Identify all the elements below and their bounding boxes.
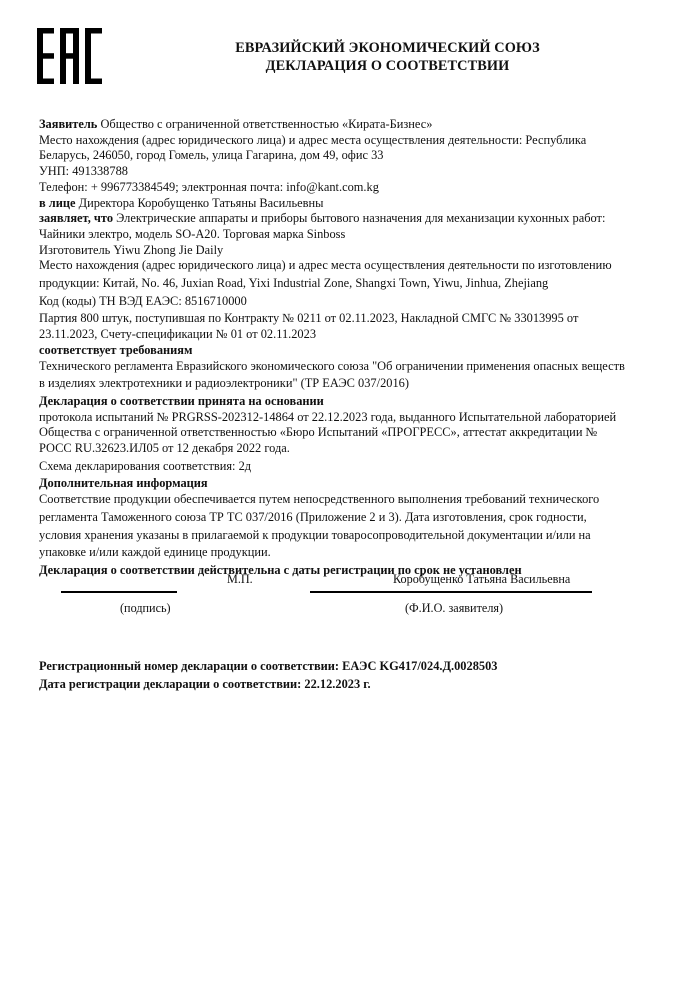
regulation-line-2: в изделиях электротехники и радиоэлектро…: [39, 376, 679, 392]
additional-line-1: Соответствие продукции обеспечивается пу…: [39, 492, 679, 508]
mfr-address-1: Место нахождения (адрес юридического лиц…: [39, 258, 679, 274]
eac-mark-icon: [37, 28, 103, 84]
signer-name: Коробущенко Татьяна Васильевна: [393, 572, 570, 587]
applicant-name: Общество с ограниченной ответственностью…: [97, 117, 432, 131]
applicant-line: Заявитель Общество с ограниченной ответс…: [39, 117, 679, 133]
basis-line-2: Общества с ограниченной ответственностью…: [39, 425, 679, 441]
basis-line-3: РОСС RU.32623.ИЛ05 от 12 декабря 2022 го…: [39, 441, 679, 457]
additional-label: Дополнительная информация: [39, 476, 208, 490]
basis-line-1: протокола испытаний № PRGRSS-202312-1486…: [39, 410, 679, 426]
complies-heading: соответствует требованиям: [39, 343, 679, 359]
union-title: ЕВРАЗИЙСКИЙ ЭКОНОМИЧЕСКИЙ СОЮЗ: [160, 40, 615, 57]
basis-heading: Декларация о соответствии принята на осн…: [39, 394, 679, 410]
document-title: ДЕКЛАРАЦИЯ О СООТВЕТСТВИИ: [160, 58, 615, 75]
product-line-1: заявляет, что Электрические аппараты и п…: [39, 211, 679, 227]
applicant-address-2: Беларусь, 246050, город Гомель, улица Га…: [39, 148, 679, 164]
product-desc: Электрические аппараты и приборы бытовог…: [113, 211, 605, 225]
additional-line-3: условия хранения указаны в прилагаемой к…: [39, 528, 679, 544]
mfr-address-2: продукции: Китай, No. 46, Juxian Road, Y…: [39, 276, 679, 292]
stamp-mark: М.П.: [227, 572, 253, 587]
basis-label: Декларация о соответствии принята на осн…: [39, 394, 324, 408]
additional-line-2: регламента Таможенного союза ТР ТС 037/2…: [39, 510, 679, 526]
declares-label: заявляет, что: [39, 211, 113, 225]
signature-line: [61, 591, 177, 593]
manufacturer: Изготовитель Yiwu Zhong Jie Daily: [39, 243, 679, 259]
applicant-contacts: Телефон: + 996773384549; электронная поч…: [39, 180, 679, 196]
batch-line-2: 23.11.2023, Счету-спецификации № 01 от 0…: [39, 327, 679, 343]
applicant-label: Заявитель: [39, 117, 97, 131]
represented-by: Директора Коробущенко Татьяны Васильевны: [76, 196, 324, 210]
applicant-address-1: Место нахождения (адрес юридического лиц…: [39, 133, 679, 149]
additional-heading: Дополнительная информация: [39, 476, 679, 492]
hs-code: Код (коды) ТН ВЭД ЕАЭС: 8516710000: [39, 294, 679, 310]
additional-line-4: упаковке и/или каждой единице продукции.: [39, 545, 679, 561]
registration-number: Регистрационный номер декларации о соотв…: [39, 659, 497, 674]
scheme: Схема декларирования соответствия: 2д: [39, 459, 679, 475]
name-caption: (Ф.И.О. заявителя): [405, 601, 503, 616]
represented-label: в лице: [39, 196, 76, 210]
name-line: [310, 591, 592, 593]
applicant-unp: УНП: 491338788: [39, 164, 679, 180]
batch-line-1: Партия 800 штук, поступившая по Контракт…: [39, 311, 679, 327]
declaration-body: Заявитель Общество с ограниченной ответс…: [39, 117, 679, 579]
registration-date: Дата регистрации декларации о соответств…: [39, 677, 371, 692]
product-line-2: Чайники электро, модель SO-A20. Торговая…: [39, 227, 679, 243]
validity-line: Декларация о соответствии действительна …: [39, 563, 679, 579]
regulation-line-1: Технического регламента Евразийского эко…: [39, 359, 679, 375]
signature-caption: (подпись): [120, 601, 171, 616]
represented-line: в лице Директора Коробущенко Татьяны Вас…: [39, 196, 679, 212]
complies-label: соответствует требованиям: [39, 343, 192, 357]
